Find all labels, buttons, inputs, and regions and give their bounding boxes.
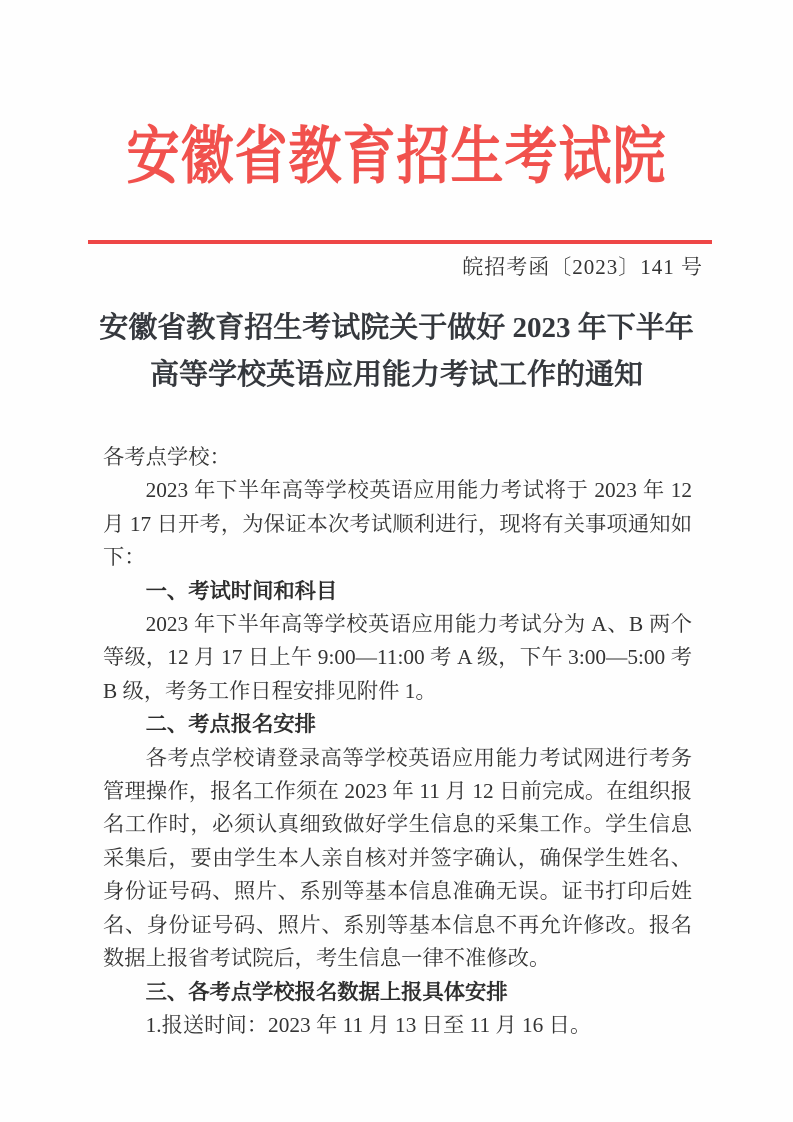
section-1-paragraph: 2023 年下半年高等学校英语应用能力考试分为 A、B 两个等级，12 月 17…	[103, 608, 692, 708]
notice-body: 各考点学校： 2023 年下半年高等学校英语应用能力考试将于 2023 年 12…	[103, 441, 692, 1042]
scanned-notice-page: 安徽省教育招生考试院 皖招考函〔2023〕141 号 安徽省教育招生考试院关于做…	[0, 0, 793, 1122]
notice-title: 安徽省教育招生考试院关于做好 2023 年下半年 高等学校英语应用能力考试工作的…	[40, 305, 753, 399]
section-heading-1: 一、考试时间和科目	[103, 575, 692, 608]
document-number: 皖招考函〔2023〕141 号	[462, 251, 703, 281]
intro-paragraph: 2023 年下半年高等学校英语应用能力考试将于 2023 年 12 月 17 日…	[103, 474, 692, 574]
red-separator-line	[88, 240, 712, 244]
salutation: 各考点学校：	[103, 441, 692, 474]
notice-title-line2: 高等学校英语应用能力考试工作的通知	[40, 352, 753, 399]
letterhead-org-name: 安徽省教育招生考试院	[0, 116, 793, 199]
section-heading-2: 二、考点报名安排	[103, 708, 692, 741]
notice-title-line1: 安徽省教育招生考试院关于做好 2023 年下半年	[40, 305, 753, 352]
section-heading-3: 三、各考点学校报名数据上报具体安排	[103, 976, 692, 1009]
section-2-paragraph: 各考点学校请登录高等学校英语应用能力考试网进行考务管理操作，报名工作须在 202…	[103, 742, 692, 976]
section-3-paragraph: 1.报送时间：2023 年 11 月 13 日至 11 月 16 日。	[103, 1009, 692, 1042]
